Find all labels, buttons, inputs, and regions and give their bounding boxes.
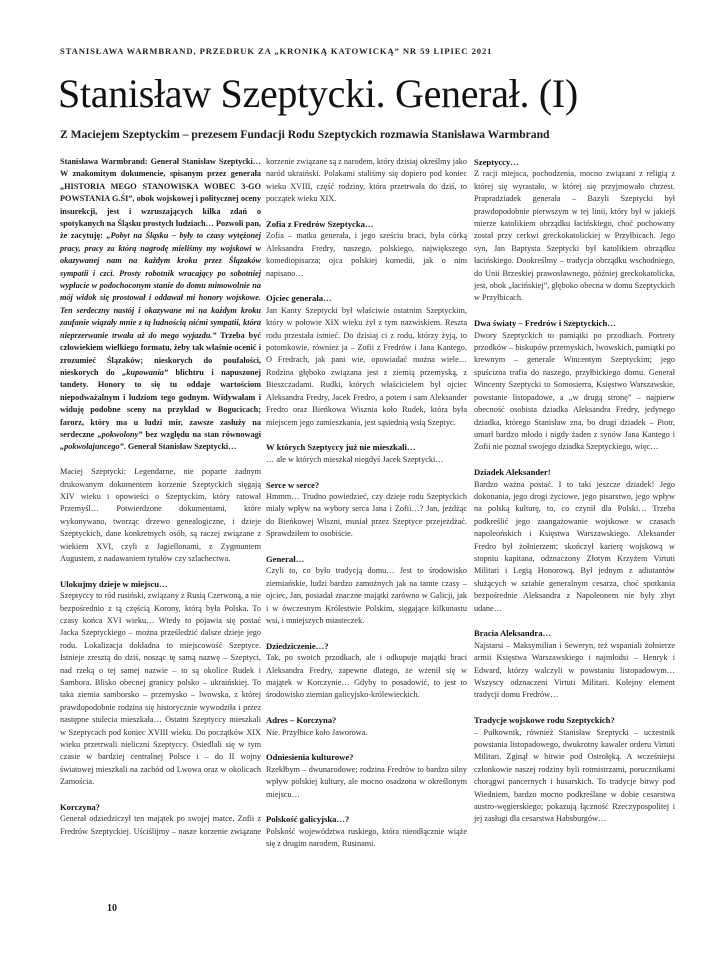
intro-text: Stanisława Warmbrand: Generał Stanisław … <box>60 157 261 240</box>
section-text: Zofia – matka generała, i jego sześciu b… <box>266 230 467 280</box>
intro-term: „pokwolajuncego” <box>60 442 124 451</box>
section-heading: Dwa światy – Fredrów i Szeptyckich… <box>474 317 675 329</box>
section-text: Nie. Przyłbice koło Jaworowa. <box>266 727 467 739</box>
intro-text: . Generał Stanisław Szeptycki… <box>124 442 237 451</box>
intro-text: bez względu na stan równowagi <box>142 430 261 439</box>
section-text: Maciej Szeptycki: Legendarne, nie popart… <box>60 466 261 565</box>
section-heading: Ulokujmy dzieje w miejscu… <box>60 578 261 590</box>
section-heading: Tradycje wojskowe rodu Szeptyckich? <box>474 714 675 726</box>
section-text: Jan Kanty Szeptycki był właściwie ostatn… <box>266 305 467 429</box>
section-heading: Generał… <box>266 553 467 565</box>
section-text: Polskość województwa ruskiego, która nie… <box>266 826 467 851</box>
section-heading: Szeptyccy… <box>474 156 675 168</box>
intro-term: „kupowania” <box>122 368 168 377</box>
intro-paragraph: Stanisława Warmbrand: Generał Stanisław … <box>60 156 261 454</box>
section-heading: Korczyna? <box>60 801 261 813</box>
section-heading: Adres – Korczyna? <box>266 714 467 726</box>
article-title: Stanisław Szeptycki. Generał. (I) <box>58 70 578 118</box>
column-1: Stanisława Warmbrand: Generał Stanisław … <box>60 156 261 838</box>
section-text: Czyli to, co było tradycją domu… Jest to… <box>266 565 467 627</box>
section-heading: Polskość galicyjska…? <box>266 813 467 825</box>
section-text: Dwory Szeptyckich to pamiątki po przodka… <box>474 330 675 454</box>
section-heading: Odniesienia kulturowe? <box>266 751 467 763</box>
article-lead: Z Maciejem Szeptyckim – prezesem Fundacj… <box>60 128 549 141</box>
section-text: Hmmm… Trudno powiedzieć, czy dzieje rodu… <box>266 491 467 541</box>
section-text: Najstarsi – Maksymilian i Seweryn, też w… <box>474 640 675 702</box>
section-text: Bardzo ważna postać. I to taki jeszcze d… <box>474 479 675 615</box>
section-text: Generał odziedziczył ten majątek po swoj… <box>60 813 261 838</box>
section-text: Z racji miejsca, pochodzenia, mocno zwią… <box>474 168 675 304</box>
column-3: Szeptyccy… Z racji miejsca, pochodzenia,… <box>474 156 675 826</box>
section-text: – Pułkownik, również Stanisław Szeptycki… <box>474 727 675 826</box>
section-heading: W których Szeptyccy już nie mieszkali… <box>266 441 467 453</box>
column-2: korzenie związane są z narodem, który dz… <box>266 156 467 851</box>
article-kicker: STANISŁAWA WARMBRAND, PRZEDRUK ZA „KRONI… <box>60 46 492 56</box>
section-text: Rzekłbym – dwunarodowe; rodzina Fredrów … <box>266 764 467 801</box>
section-text: Tak, po swoich przodkach, ale i odkupuje… <box>266 652 467 702</box>
section-heading: Bracia Aleksandra… <box>474 627 675 639</box>
section-text: Szeptyccy to ród rusiński, związany z Ru… <box>60 590 261 789</box>
section-text: … ale w których mieszkał niegdyś Jacek S… <box>266 454 467 466</box>
section-heading: Serce w serce? <box>266 479 467 491</box>
intro-term: „pokwolony” <box>97 430 142 439</box>
section-heading: Ojciec generała… <box>266 292 467 304</box>
section-heading: Dziedziczenie…? <box>266 640 467 652</box>
intro-quote: „Pobyt na Śląsku – były to czasy wytężon… <box>60 231 261 339</box>
section-text-continued: korzenie związane są z narodem, który dz… <box>266 156 467 206</box>
section-heading: Dziadek Aleksander! <box>474 466 675 478</box>
page-number: 10 <box>107 903 117 914</box>
intro-text: blichtru i napuszonej tandety. Honory to… <box>60 368 261 439</box>
section-heading: Zofia z Fredrów Szeptycka… <box>266 218 467 230</box>
